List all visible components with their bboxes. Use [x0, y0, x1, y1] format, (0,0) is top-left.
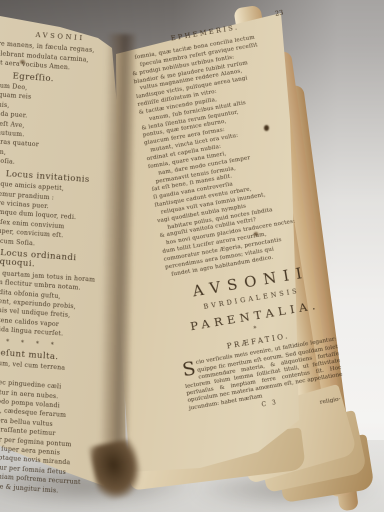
signature-mark: C 3 — [261, 399, 278, 409]
page-number: 23 — [274, 9, 283, 18]
book-photo: AVSONIIo cum patre manens, in fæcula reg… — [0, 0, 384, 512]
